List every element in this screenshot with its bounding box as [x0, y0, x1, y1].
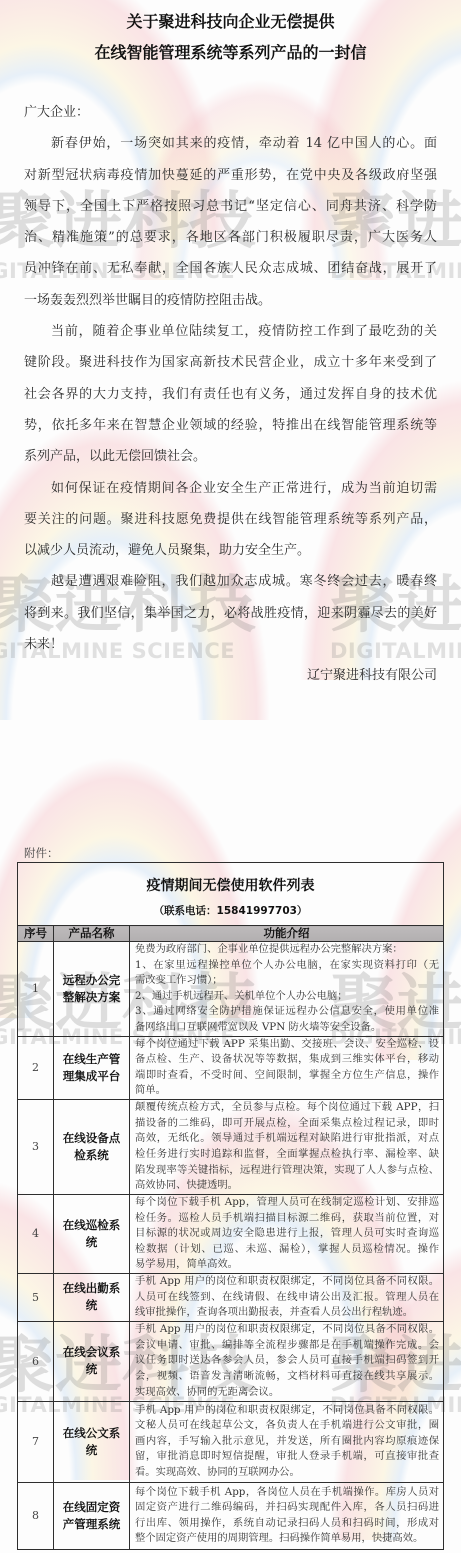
description-line: 易学易用，简单高效。 [135, 1257, 439, 1273]
description-line: 每个岗位下载手机 App，管理人员可在线制定巡检计划、安排巡 [135, 1195, 439, 1211]
product-description: 每个岗位通过下载 APP 采集出勤、交接班、会议、安全巡检、设 备点检、生产、设… [130, 1036, 444, 1099]
product-name: 远程办公完 整解决方案 [54, 942, 130, 1037]
description-line: 目标源的状况或周边安全隐患进行上报，管理人员可实时查询巡 [135, 1226, 439, 1242]
product-name-line: 在线出勤系 [54, 1280, 129, 1297]
table-row: 4 在线巡检系 统 每个岗位下载手机 App，管理人员可在线制定巡检计划、安排巡… [18, 1194, 444, 1273]
description-line: 1、在家里远程操控单位个人办公电脑，在家实现资料打印（无 [135, 958, 439, 974]
paragraph-line: 对新型冠状病毒疫情加快蔓延的严重形势，在党中央及各级政府坚强 [24, 160, 437, 191]
description-line: 高效，无纸化。领导通过手机端远程对缺陷进行审批指派，对点 [135, 1131, 439, 1147]
description-line: 简单。 [135, 1083, 439, 1099]
product-name: 在线会议系 统 [54, 1321, 130, 1401]
description-line: 每个岗位通过下载 APP 采集出勤、交接班、会议、安全巡检、设 [135, 1037, 439, 1053]
product-name-line: 理集成平台 [54, 1068, 129, 1085]
row-number: 3 [18, 1099, 54, 1194]
description-line: 陷发现率等关键指标，远程进行管理决策，实现了人人参与点检、 [135, 1163, 439, 1179]
description-line: 描设备的二维码，即可开展点检，全面采集点检过程记录，即时 [135, 1116, 439, 1132]
paragraph-line: 未来！ [24, 629, 437, 660]
description-line: 免费为政府部门、企事业单位提供远程办公完整解决方案： [135, 942, 439, 958]
paragraph: 新春伊始，一场突如其来的疫情，牵动着 14 亿中国人的心。面 对新型冠状病毒疫情… [24, 128, 437, 316]
product-description: 免费为政府部门、企事业单位提供远程办公完整解决方案： 1、在家里远程操控单位个人… [130, 942, 444, 1037]
document-page: 关于聚进科技向企业无偿提供 在线智能管理系统等系列产品的一封信 广大企业： 新春… [0, 0, 461, 1553]
description-line: 端即时查看，不受时间、空间限制，掌握全方位生产信息，操作 [135, 1068, 439, 1084]
description-line: 文秘人员可在线起草公文，各负责人在手机端进行公文审批，圈 [135, 1418, 439, 1434]
product-name: 在线固定资 产管理系统 [54, 1482, 130, 1549]
paragraph-line: 要关注的问题。聚进科技愿免费提供在线智能管理系统等系列产品， [24, 504, 437, 535]
description-line: 检任务。巡检人员手机端扫描目标源二维码，获取当前位置，对 [135, 1211, 439, 1227]
product-name: 在线出勤系 统 [54, 1273, 130, 1321]
product-name-line: 远程办公完 [54, 972, 129, 989]
table-row: 7 在线公文系 统 手机 App 用户的岗位和职责权限绑定，不同岗位具备不同权限… [18, 1401, 444, 1482]
column-header-features: 功能介绍 [130, 926, 444, 942]
description-line: 手机 App 用户的岗位和职责权限绑定，不同岗位具备不同权限。 [135, 1403, 439, 1419]
description-line: 每个岗位下载手机 App，各岗位人员在手机端操作。库房人员对 [135, 1485, 439, 1501]
table-row: 6 在线会议系 统 手机 App 用户的岗位和职责权限绑定，不同岗位具备不同权限… [18, 1321, 444, 1401]
product-description: 手机 App 用户的岗位和职责权限绑定，不同岗位具备不同权限。 会议申请、审批、… [130, 1321, 444, 1401]
description-line: 画内容，手写输入批示意见，并发送，所有圈批内容均原痕迹保 [135, 1434, 439, 1450]
paragraph-line: 势，依托多年来在智慧企业领域的经验，特推出在线智能管理系统等 [24, 410, 437, 441]
attachment-label: 附件： [24, 845, 59, 861]
product-name-line: 在线会议系 [54, 1344, 129, 1361]
product-name-line: 在线设备点 [54, 1130, 129, 1147]
product-name-line: 检系统 [54, 1147, 129, 1164]
letter-body: 广大企业： 新春伊始，一场突如其来的疫情，牵动着 14 亿中国人的心。面 对新型… [24, 97, 437, 692]
salutation: 广大企业： [24, 97, 437, 128]
paragraph-line: 系列产品，以此无偿回馈社会。 [24, 441, 437, 472]
product-name: 在线公文系 统 [54, 1401, 130, 1482]
description-line: 实现高效、协同的无距离会议。 [135, 1385, 439, 1401]
paragraph-line: 一场轰轰烈烈举世瞩目的疫情防控阻击战。 [24, 285, 437, 316]
paragraph-line: 社会各界的大力支持，我们有责任也有义务，通过发挥自身的技术优 [24, 379, 437, 410]
product-description: 每个岗位下载手机 App，各岗位人员在手机端操作。库房人员对 固定资产进行二维码… [130, 1482, 444, 1549]
description-line: 行出库、领用操作，系统自动记录扫码人员和扫码时间，形成对 [135, 1516, 439, 1532]
paragraph-line: 领导下，全国上下严格按照习总书记“坚定信心、同舟共济、科学防 [24, 191, 437, 222]
software-list-table: 疫情期间无偿使用软件列表 （联系电话：15841997703） 序号 产品名称 … [17, 862, 444, 1550]
description-line: 人员可在线签到、在线请假、在线申请公出及汇报。管理人员在 [135, 1290, 439, 1306]
description-line: 备点检、生产、设备状况等等数据，集成到三维实体平台，移动 [135, 1052, 439, 1068]
column-header-product-name: 产品名称 [54, 926, 130, 942]
row-number: 6 [18, 1321, 54, 1401]
signature: 辽宁聚进科技有限公司 [24, 660, 437, 691]
letter-title-line-2: 在线智能管理系统等系列产品的一封信 [0, 43, 461, 63]
paragraph-line: 键阶段。聚进科技作为国家高新技术民营企业，成立十多年来受到了 [24, 347, 437, 378]
product-name-line: 统 [54, 1297, 129, 1314]
product-description: 手机 App 用户的岗位和职责权限绑定，不同岗位具备不同权限。 文秘人员可在线起… [130, 1401, 444, 1482]
product-name-line: 在线生产管 [54, 1051, 129, 1068]
paragraph: 越是遭遇艰难险阻，我们越加众志成城。寒冬终会过去，暖春终 将到来。我们坚信，集举… [24, 566, 437, 660]
paragraph: 当前，随着企事业单位陆续复工，疫情防控工作到了最吃劲的关 键阶段。聚进科技作为国… [24, 316, 437, 472]
product-name-line: 在线固定资 [54, 1499, 129, 1516]
product-name-line: 产管理系统 [54, 1516, 129, 1533]
table-header-row: 序号 产品名称 功能介绍 [18, 926, 444, 942]
description-line: 留，审批消息即时短信提醒，审批人登录手机端，可直接审批查 [135, 1449, 439, 1465]
description-line: 手机 App 用户的岗位和职责权限绑定，不同岗位具备不同权限。 [135, 1274, 439, 1290]
table-row: 2 在线生产管 理集成平台 每个岗位通过下载 APP 采集出勤、交接班、会议、安… [18, 1036, 444, 1099]
description-line: 备网络出口互联网带宽以及 VPN 防火墙等安全设备。 [135, 1020, 439, 1036]
description-line: 会，视频、语音发言清晰流畅，文档材料可直接在线共享展示。 [135, 1369, 439, 1385]
table-row: 8 在线固定资 产管理系统 每个岗位下载手机 App，各岗位人员在手机端操作。库… [18, 1482, 444, 1549]
table-row: 3 在线设备点 检系统 颠覆传统点检方式，全员参与点检。每个岗位通过下载 APP… [18, 1099, 444, 1194]
product-name: 在线生产管 理集成平台 [54, 1036, 130, 1099]
product-description: 颠覆传统点检方式，全员参与点检。每个岗位通过下载 APP，扫 描设备的二维码，即… [130, 1099, 444, 1194]
description-line: 检任务进行实时追踪和监督，全面掌握点检执行率、漏检率、缺 [135, 1147, 439, 1163]
table-title-row: 疫情期间无偿使用软件列表 （联系电话：15841997703） [18, 863, 444, 926]
description-line: 线审批操作，查询各项出勤报表，并查看人员公出行程轨迹。 [135, 1305, 439, 1321]
description-line: 3、通过网络安全防护措施保证远程办公信息安全，使用单位准 [135, 1004, 439, 1020]
row-number: 1 [18, 942, 54, 1037]
description-line: 看。实现高效、协同的互联网办公。 [135, 1465, 439, 1481]
paragraph-line: 新春伊始，一场突如其来的疫情，牵动着 14 亿中国人的心。面 [24, 128, 437, 159]
description-line: 高效协同、快捷透明。 [135, 1178, 439, 1194]
table-row: 1 远程办公完 整解决方案 免费为政府部门、企事业单位提供远程办公完整解决方案：… [18, 942, 444, 1037]
description-line: 2、通过手机远程开、关机单位个人办公电脑； [135, 989, 439, 1005]
paragraph-line: 越是遭遇艰难险阻，我们越加众志成城。寒冬终会过去，暖春终 [24, 566, 437, 597]
product-name: 在线巡检系 统 [54, 1194, 130, 1273]
description-line: 检数据（计划、已巡、未巡、漏检），掌握人员巡检情况。操作 [135, 1242, 439, 1258]
product-name-line: 整解决方案 [54, 989, 129, 1006]
product-name: 在线设备点 检系统 [54, 1099, 130, 1194]
paragraph-line: 治、精准施策”的总要求，各地区各部门积极履职尽责，广大医务人 [24, 222, 437, 253]
description-line: 颠覆传统点检方式，全员参与点检。每个岗位通过下载 APP，扫 [135, 1100, 439, 1116]
description-line: 固定资产进行二维码编码，并扫码实现配件入库，各人员扫码进 [135, 1500, 439, 1516]
description-line: 议任务即时送达各参会人员，参会人员可直接手机端扫码签到开 [135, 1353, 439, 1369]
paragraph-line: 当前，随着企事业单位陆续复工，疫情防控工作到了最吃劲的关 [24, 316, 437, 347]
row-number: 2 [18, 1036, 54, 1099]
contact-phone: （联系电话：15841997703） [18, 903, 443, 919]
description-line: 手机 App 用户的岗位和职责权限绑定，不同岗位具备不同权限。 [135, 1322, 439, 1338]
paragraph-line: 如何保证在疫情期间各企业安全生产正常进行，成为当前迫切需 [24, 473, 437, 504]
paragraph-line: 员冲锋在前、无私奉献，全国各族人民众志成城、团结奋战，展开了 [24, 253, 437, 284]
paragraph: 如何保证在疫情期间各企业安全生产正常进行，成为当前迫切需 要关注的问题。聚进科技… [24, 473, 437, 567]
row-number: 7 [18, 1401, 54, 1482]
row-number: 8 [18, 1482, 54, 1549]
description-line: 整个固定资产使用的周期管理。扫码操作简单易用，快捷高效。 [135, 1531, 439, 1547]
product-name-line: 在线巡检系 [54, 1217, 129, 1234]
row-number: 5 [18, 1273, 54, 1321]
paragraph-line: 将到来。我们坚信，集举国之力，必将战胜疫情，迎来阴霾尽去的美好 [24, 598, 437, 629]
table-title: 疫情期间无偿使用软件列表 [18, 876, 443, 896]
product-name-line: 在线公文系 [54, 1425, 129, 1442]
table-row: 5 在线出勤系 统 手机 App 用户的岗位和职责权限绑定，不同岗位具备不同权限… [18, 1273, 444, 1321]
description-line: 需改变工作习惯）； [135, 973, 439, 989]
product-description: 每个岗位下载手机 App，管理人员可在线制定巡检计划、安排巡 检任务。巡检人员手… [130, 1194, 444, 1273]
description-line: 会议申请、审批、编排等全流程步骤都是在手机端操作完成。会 [135, 1338, 439, 1354]
product-name-line: 统 [54, 1234, 129, 1251]
paragraph-line: 以减少人员流动，避免人员聚集，助力安全生产。 [24, 535, 437, 566]
product-name-line: 统 [54, 1361, 129, 1378]
table-title-cell: 疫情期间无偿使用软件列表 （联系电话：15841997703） [18, 863, 444, 926]
row-number: 4 [18, 1194, 54, 1273]
product-name-line: 统 [54, 1442, 129, 1459]
product-description: 手机 App 用户的岗位和职责权限绑定，不同岗位具备不同权限。 人员可在线签到、… [130, 1273, 444, 1321]
column-header-number: 序号 [18, 926, 54, 942]
letter-title-line-1: 关于聚进科技向企业无偿提供 [0, 12, 461, 32]
